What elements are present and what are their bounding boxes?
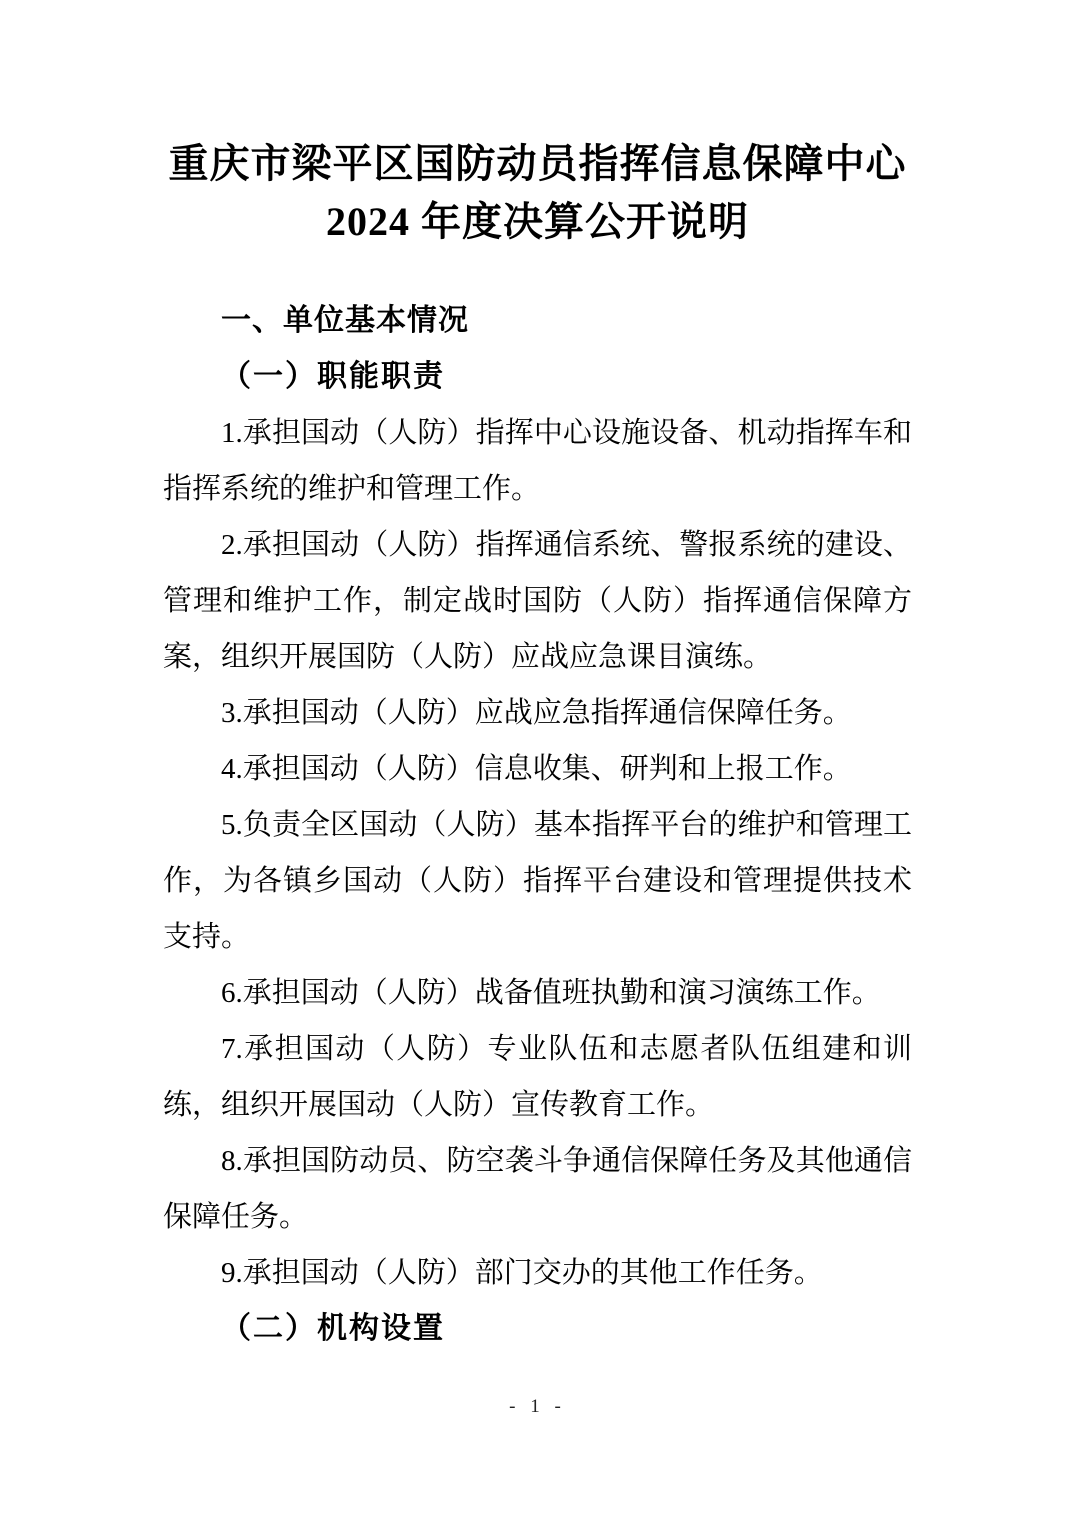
duty-item-3: 3.承担国动（人防）应战应急指挥通信保障任务。 [163, 685, 912, 741]
duty-item-2: 2.承担国动（人防）指挥通信系统、警报系统的建设、管理和维护工作，制定战时国防（… [163, 517, 912, 685]
duty-item-4: 4.承担国动（人防）信息收集、研判和上报工作。 [163, 741, 912, 797]
duty-item-7: 7.承担国动（人防）专业队伍和志愿者队伍组建和训练，组织开展国动（人防）宣传教育… [163, 1021, 912, 1133]
duty-item-5: 5.负责全区国动（人防）基本指挥平台的维护和管理工作，为各镇乡国动（人防）指挥平… [163, 797, 912, 965]
subsection-heading-duties: （一）职能职责 [163, 349, 912, 405]
document-title-line2: 2024 年度决算公开说明 [90, 193, 985, 251]
subsection-heading-organization: （二）机构设置 [163, 1301, 912, 1357]
document-page: 重庆市梁平区国防动员指挥信息保障中心 2024 年度决算公开说明 一、单位基本情… [0, 0, 1075, 1520]
document-title-line1: 重庆市梁平区国防动员指挥信息保障中心 [90, 135, 985, 193]
page-number: - 1 - [0, 1396, 1075, 1418]
duty-item-1: 1.承担国动（人防）指挥中心设施设备、机动指挥车和指挥系统的维护和管理工作。 [163, 405, 912, 517]
duty-item-6: 6.承担国动（人防）战备值班执勤和演习演练工作。 [163, 965, 912, 1021]
duty-item-8: 8.承担国防动员、防空袭斗争通信保障任务及其他通信保障任务。 [163, 1133, 912, 1245]
document-body: 一、单位基本情况 （一）职能职责 1.承担国动（人防）指挥中心设施设备、机动指挥… [163, 293, 912, 1357]
duty-item-9: 9.承担国动（人防）部门交办的其他工作任务。 [163, 1245, 912, 1301]
document-title: 重庆市梁平区国防动员指挥信息保障中心 2024 年度决算公开说明 [90, 135, 985, 251]
section-heading-basic-info: 一、单位基本情况 [163, 293, 912, 349]
